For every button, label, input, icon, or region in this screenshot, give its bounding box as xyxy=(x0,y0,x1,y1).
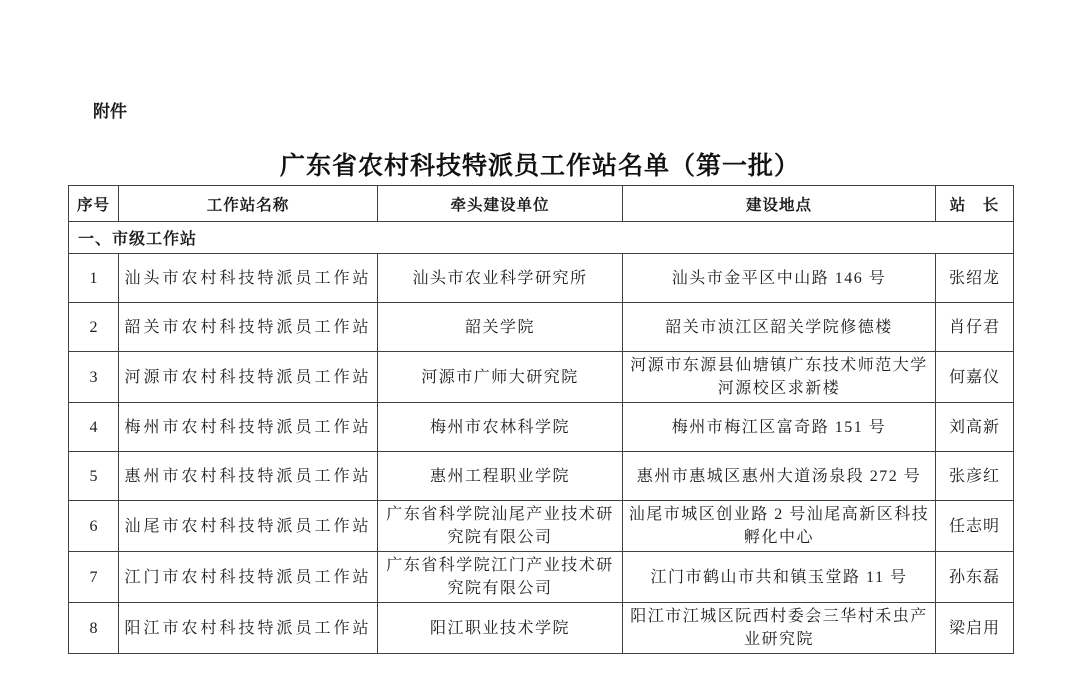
attachment-label: 附件 xyxy=(93,97,127,122)
cell-workstation-name: 惠州市农村科技特派员工作站 xyxy=(119,452,378,501)
header-lead-unit: 牵头建设单位 xyxy=(378,186,623,222)
cell-lead-unit: 惠州工程职业学院 xyxy=(378,452,623,501)
cell-serial-number: 6 xyxy=(69,501,119,552)
cell-workstation-name: 汕尾市农村科技特派员工作站 xyxy=(119,501,378,552)
cell-location: 梅州市梅江区富奇路 151 号 xyxy=(623,403,936,452)
table-row: 2 韶关市农村科技特派员工作站 韶关学院 韶关市浈江区韶关学院修德楼 肖仔君 xyxy=(69,303,1014,352)
cell-lead-unit: 梅州市农林科学院 xyxy=(378,403,623,452)
cell-station-leader: 刘高新 xyxy=(936,403,1014,452)
table-header-row: 序号 工作站名称 牵头建设单位 建设地点 站 长 xyxy=(69,186,1014,222)
document-page: 附件 广东省农村科技特派员工作站名单（第一批） 序号 工作站名称 牵头建设单位 … xyxy=(0,0,1080,688)
page-title: 广东省农村科技特派员工作站名单（第一批） xyxy=(0,146,1080,182)
cell-serial-number: 3 xyxy=(69,352,119,403)
cell-location: 惠州市惠城区惠州大道汤泉段 272 号 xyxy=(623,452,936,501)
table-row: 4 梅州市农村科技特派员工作站 梅州市农林科学院 梅州市梅江区富奇路 151 号… xyxy=(69,403,1014,452)
cell-serial-number: 8 xyxy=(69,603,119,654)
header-station-leader: 站 长 xyxy=(936,186,1014,222)
cell-station-leader: 肖仔君 xyxy=(936,303,1014,352)
cell-station-leader: 张彦红 xyxy=(936,452,1014,501)
workstation-table: 序号 工作站名称 牵头建设单位 建设地点 站 长 一、市级工作站 1 汕头市农村… xyxy=(68,185,1014,654)
cell-location: 阳江市江城区阮西村委会三华村禾虫产业研究院 xyxy=(623,603,936,654)
cell-workstation-name: 阳江市农村科技特派员工作站 xyxy=(119,603,378,654)
table-row: 1 汕头市农村科技特派员工作站 汕头市农业科学研究所 汕头市金平区中山路 146… xyxy=(69,254,1014,303)
cell-serial-number: 2 xyxy=(69,303,119,352)
cell-location: 汕头市金平区中山路 146 号 xyxy=(623,254,936,303)
cell-lead-unit: 汕头市农业科学研究所 xyxy=(378,254,623,303)
header-serial-number: 序号 xyxy=(69,186,119,222)
cell-lead-unit: 阳江职业技术学院 xyxy=(378,603,623,654)
header-location: 建设地点 xyxy=(623,186,936,222)
cell-serial-number: 1 xyxy=(69,254,119,303)
table-row: 7 江门市农村科技特派员工作站 广东省科学院江门产业技术研究院有限公司 江门市鹤… xyxy=(69,552,1014,603)
table-row: 8 阳江市农村科技特派员工作站 阳江职业技术学院 阳江市江城区阮西村委会三华村禾… xyxy=(69,603,1014,654)
table-head: 序号 工作站名称 牵头建设单位 建设地点 站 长 xyxy=(69,186,1014,222)
cell-location: 河源市东源县仙塘镇广东技术师范大学河源校区求新楼 xyxy=(623,352,936,403)
table-row: 6 汕尾市农村科技特派员工作站 广东省科学院汕尾产业技术研究院有限公司 汕尾市城… xyxy=(69,501,1014,552)
cell-location: 江门市鹤山市共和镇玉堂路 11 号 xyxy=(623,552,936,603)
cell-lead-unit: 广东省科学院江门产业技术研究院有限公司 xyxy=(378,552,623,603)
cell-workstation-name: 江门市农村科技特派员工作站 xyxy=(119,552,378,603)
cell-workstation-name: 韶关市农村科技特派员工作站 xyxy=(119,303,378,352)
cell-location: 汕尾市城区创业路 2 号汕尾高新区科技孵化中心 xyxy=(623,501,936,552)
section-title: 一、市级工作站 xyxy=(69,222,1014,254)
cell-station-leader: 孙东磊 xyxy=(936,552,1014,603)
table-body: 一、市级工作站 1 汕头市农村科技特派员工作站 汕头市农业科学研究所 汕头市金平… xyxy=(69,222,1014,654)
section-row: 一、市级工作站 xyxy=(69,222,1014,254)
cell-station-leader: 何嘉仪 xyxy=(936,352,1014,403)
table-row: 3 河源市农村科技特派员工作站 河源市广师大研究院 河源市东源县仙塘镇广东技术师… xyxy=(69,352,1014,403)
cell-location: 韶关市浈江区韶关学院修德楼 xyxy=(623,303,936,352)
cell-serial-number: 5 xyxy=(69,452,119,501)
table-row: 5 惠州市农村科技特派员工作站 惠州工程职业学院 惠州市惠城区惠州大道汤泉段 2… xyxy=(69,452,1014,501)
cell-station-leader: 梁启用 xyxy=(936,603,1014,654)
cell-serial-number: 4 xyxy=(69,403,119,452)
cell-station-leader: 任志明 xyxy=(936,501,1014,552)
cell-workstation-name: 河源市农村科技特派员工作站 xyxy=(119,352,378,403)
header-workstation-name: 工作站名称 xyxy=(119,186,378,222)
cell-lead-unit: 河源市广师大研究院 xyxy=(378,352,623,403)
cell-station-leader: 张绍龙 xyxy=(936,254,1014,303)
cell-lead-unit: 韶关学院 xyxy=(378,303,623,352)
cell-serial-number: 7 xyxy=(69,552,119,603)
cell-workstation-name: 汕头市农村科技特派员工作站 xyxy=(119,254,378,303)
cell-workstation-name: 梅州市农村科技特派员工作站 xyxy=(119,403,378,452)
cell-lead-unit: 广东省科学院汕尾产业技术研究院有限公司 xyxy=(378,501,623,552)
